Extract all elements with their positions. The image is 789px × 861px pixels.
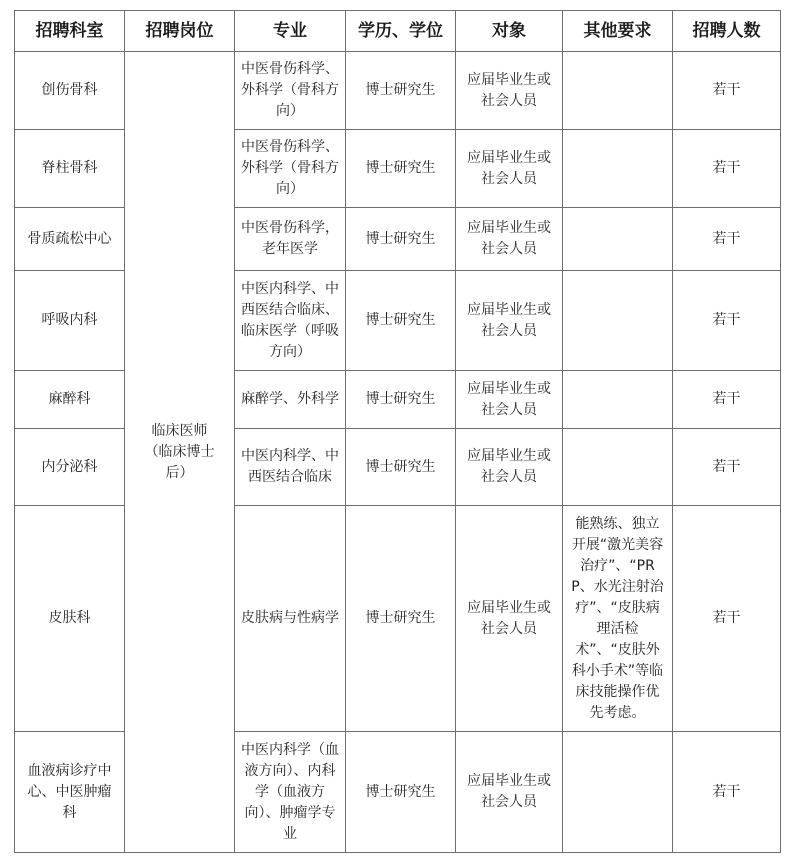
count-cell: 若干 (673, 130, 781, 208)
other-requirements-cell (563, 732, 673, 853)
count-cell: 若干 (673, 52, 781, 130)
major-cell: 中医骨伤科学，老年医学 (235, 208, 346, 271)
recruitment-table: 招聘科室 招聘岗位 专业 学历、学位 对象 其他要求 招聘人数 创伤骨科 临床医… (14, 10, 781, 853)
department-cell: 脊柱骨科 (15, 130, 125, 208)
header-target: 对象 (456, 11, 563, 52)
other-requirements-cell (563, 208, 673, 271)
target-cell: 应届毕业生或社会人员 (456, 732, 563, 853)
target-cell: 应届毕业生或社会人员 (456, 506, 563, 732)
department-cell: 创伤骨科 (15, 52, 125, 130)
department-cell: 麻醉科 (15, 371, 125, 429)
department-cell: 皮肤科 (15, 506, 125, 732)
target-cell: 应届毕业生或社会人员 (456, 429, 563, 506)
target-cell: 应届毕业生或社会人员 (456, 271, 563, 371)
other-requirements-cell: 能熟练、独立开展“激光美容治疗”、“PRP、水光注射治疗”、“皮肤病理活检术”、… (563, 506, 673, 732)
education-cell: 博士研究生 (346, 271, 456, 371)
header-position: 招聘岗位 (125, 11, 235, 52)
major-cell: 麻醉学、外科学 (235, 371, 346, 429)
target-cell: 应届毕业生或社会人员 (456, 208, 563, 271)
count-cell: 若干 (673, 506, 781, 732)
target-cell: 应届毕业生或社会人员 (456, 371, 563, 429)
other-requirements-cell (563, 429, 673, 506)
header-count: 招聘人数 (673, 11, 781, 52)
target-cell: 应届毕业生或社会人员 (456, 130, 563, 208)
count-cell: 若干 (673, 429, 781, 506)
education-cell: 博士研究生 (346, 506, 456, 732)
department-cell: 呼吸内科 (15, 271, 125, 371)
count-cell: 若干 (673, 208, 781, 271)
target-cell: 应届毕业生或社会人员 (456, 52, 563, 130)
major-cell: 中医内科学、中西医结合临床 (235, 429, 346, 506)
major-cell: 中医骨伤科学、外科学（骨科方向） (235, 52, 346, 130)
header-department: 招聘科室 (15, 11, 125, 52)
count-cell: 若干 (673, 271, 781, 371)
education-cell: 博士研究生 (346, 371, 456, 429)
department-cell: 内分泌科 (15, 429, 125, 506)
major-cell: 中医内科学、中西医结合临床、临床医学（呼吸方向） (235, 271, 346, 371)
header-row: 招聘科室 招聘岗位 专业 学历、学位 对象 其他要求 招聘人数 (15, 11, 781, 52)
major-cell: 中医内科学（血液方向）、内科学（血液方向）、肿瘤学专业 (235, 732, 346, 853)
other-requirements-cell (563, 371, 673, 429)
other-requirements-cell (563, 130, 673, 208)
header-major: 专业 (235, 11, 346, 52)
position-cell: 临床医师（临床博士后） (125, 52, 235, 853)
major-cell: 皮肤病与性病学 (235, 506, 346, 732)
department-cell: 骨质疏松中心 (15, 208, 125, 271)
education-cell: 博士研究生 (346, 429, 456, 506)
count-cell: 若干 (673, 371, 781, 429)
education-cell: 博士研究生 (346, 208, 456, 271)
count-cell: 若干 (673, 732, 781, 853)
header-other-requirements: 其他要求 (563, 11, 673, 52)
major-cell: 中医骨伤科学、外科学（骨科方向） (235, 130, 346, 208)
header-education: 学历、学位 (346, 11, 456, 52)
other-requirements-cell (563, 271, 673, 371)
table-row: 创伤骨科 临床医师（临床博士后） 中医骨伤科学、外科学（骨科方向） 博士研究生 … (15, 52, 781, 130)
education-cell: 博士研究生 (346, 732, 456, 853)
other-requirements-cell (563, 52, 673, 130)
education-cell: 博士研究生 (346, 130, 456, 208)
education-cell: 博士研究生 (346, 52, 456, 130)
department-cell: 血液病诊疗中心、中医肿瘤科 (15, 732, 125, 853)
